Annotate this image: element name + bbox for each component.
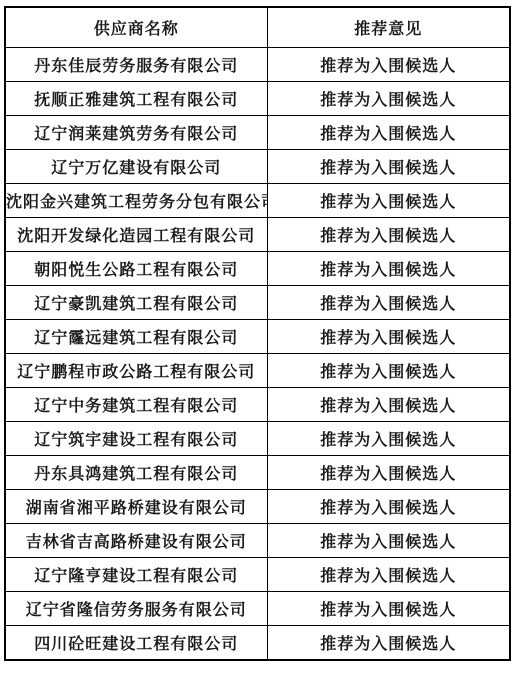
table-row: 丹东具鸿建筑工程有限公司推荐为入围候选人 — [5, 456, 510, 490]
recommendation-cell: 推荐为入围候选人 — [267, 184, 510, 218]
recommendation-cell: 推荐为入围候选人 — [267, 82, 510, 116]
supplier-name-cell: 辽宁润莱建筑劳务有限公司 — [5, 116, 267, 150]
table-row: 沈阳金兴建筑工程劳务分包有限公司推荐为入围候选人 — [5, 184, 510, 218]
recommendation-cell: 推荐为入围候选人 — [267, 524, 510, 558]
supplier-name-cell: 湖南省湘平路桥建设有限公司 — [5, 490, 267, 524]
recommendation-cell: 推荐为入围候选人 — [267, 592, 510, 626]
table-row: 辽宁霳远建筑工程有限公司推荐为入围候选人 — [5, 320, 510, 354]
table-row: 沈阳开发绿化造园工程有限公司推荐为入围候选人 — [5, 218, 510, 252]
table-row: 辽宁中务建筑工程有限公司推荐为入围候选人 — [5, 388, 510, 422]
table-row: 吉林省吉高路桥建设有限公司推荐为入围候选人 — [5, 524, 510, 558]
table-row: 辽宁隆亨建设工程有限公司推荐为入围候选人 — [5, 558, 510, 592]
document-page: 供应商名称 推荐意见 丹东佳辰劳务服务有限公司推荐为入围候选人抚顺正雅建筑工程有… — [0, 0, 514, 676]
recommendation-cell: 推荐为入围候选人 — [267, 252, 510, 286]
recommendation-cell: 推荐为入围候选人 — [267, 490, 510, 524]
supplier-name-cell: 辽宁霳远建筑工程有限公司 — [5, 320, 267, 354]
supplier-name-cell: 朝阳悦生公路工程有限公司 — [5, 252, 267, 286]
table-header: 供应商名称 推荐意见 — [5, 7, 510, 48]
supplier-name-cell: 辽宁省隆信劳务服务有限公司 — [5, 592, 267, 626]
recommendation-cell: 推荐为入围候选人 — [267, 320, 510, 354]
supplier-name-cell: 辽宁鹏程市政公路工程有限公司 — [5, 354, 267, 388]
supplier-name-cell: 抚顺正雅建筑工程有限公司 — [5, 82, 267, 116]
recommendation-cell: 推荐为入围候选人 — [267, 150, 510, 184]
supplier-name-cell: 沈阳金兴建筑工程劳务分包有限公司 — [5, 184, 267, 218]
supplier-name-cell: 吉林省吉高路桥建设有限公司 — [5, 524, 267, 558]
supplier-name-cell: 沈阳开发绿化造园工程有限公司 — [5, 218, 267, 252]
supplier-name-cell: 四川砼旺建设工程有限公司 — [5, 626, 267, 661]
supplier-name-cell: 丹东具鸿建筑工程有限公司 — [5, 456, 267, 490]
header-row: 供应商名称 推荐意见 — [5, 7, 510, 48]
supplier-name-cell: 辽宁中务建筑工程有限公司 — [5, 388, 267, 422]
supplier-name-cell: 辽宁隆亨建设工程有限公司 — [5, 558, 267, 592]
recommendation-cell: 推荐为入围候选人 — [267, 48, 510, 82]
table-row: 丹东佳辰劳务服务有限公司推荐为入围候选人 — [5, 48, 510, 82]
recommendation-cell: 推荐为入围候选人 — [267, 116, 510, 150]
recommendation-cell: 推荐为入围候选人 — [267, 286, 510, 320]
table-row: 辽宁万亿建设有限公司推荐为入围候选人 — [5, 150, 510, 184]
table-row: 辽宁豪凯建筑工程有限公司推荐为入围候选人 — [5, 286, 510, 320]
header-supplier-name: 供应商名称 — [5, 7, 267, 48]
table-row: 辽宁润莱建筑劳务有限公司推荐为入围候选人 — [5, 116, 510, 150]
recommendation-cell: 推荐为入围候选人 — [267, 422, 510, 456]
recommendation-cell: 推荐为入围候选人 — [267, 456, 510, 490]
recommendation-cell: 推荐为入围候选人 — [267, 218, 510, 252]
supplier-recommendation-table: 供应商名称 推荐意见 丹东佳辰劳务服务有限公司推荐为入围候选人抚顺正雅建筑工程有… — [4, 6, 511, 661]
recommendation-cell: 推荐为入围候选人 — [267, 354, 510, 388]
supplier-name-cell: 辽宁豪凯建筑工程有限公司 — [5, 286, 267, 320]
supplier-name-cell: 辽宁筑宇建设工程有限公司 — [5, 422, 267, 456]
recommendation-cell: 推荐为入围候选人 — [267, 626, 510, 661]
table-body: 丹东佳辰劳务服务有限公司推荐为入围候选人抚顺正雅建筑工程有限公司推荐为入围候选人… — [5, 48, 510, 661]
table-row: 辽宁筑宇建设工程有限公司推荐为入围候选人 — [5, 422, 510, 456]
table-row: 四川砼旺建设工程有限公司推荐为入围候选人 — [5, 626, 510, 661]
table-row: 辽宁鹏程市政公路工程有限公司推荐为入围候选人 — [5, 354, 510, 388]
table-row: 湖南省湘平路桥建设有限公司推荐为入围候选人 — [5, 490, 510, 524]
table-row: 辽宁省隆信劳务服务有限公司推荐为入围候选人 — [5, 592, 510, 626]
table-row: 抚顺正雅建筑工程有限公司推荐为入围候选人 — [5, 82, 510, 116]
recommendation-cell: 推荐为入围候选人 — [267, 388, 510, 422]
recommendation-cell: 推荐为入围候选人 — [267, 558, 510, 592]
supplier-name-cell: 丹东佳辰劳务服务有限公司 — [5, 48, 267, 82]
supplier-name-cell: 辽宁万亿建设有限公司 — [5, 150, 267, 184]
header-recommendation: 推荐意见 — [267, 7, 510, 48]
table-row: 朝阳悦生公路工程有限公司推荐为入围候选人 — [5, 252, 510, 286]
